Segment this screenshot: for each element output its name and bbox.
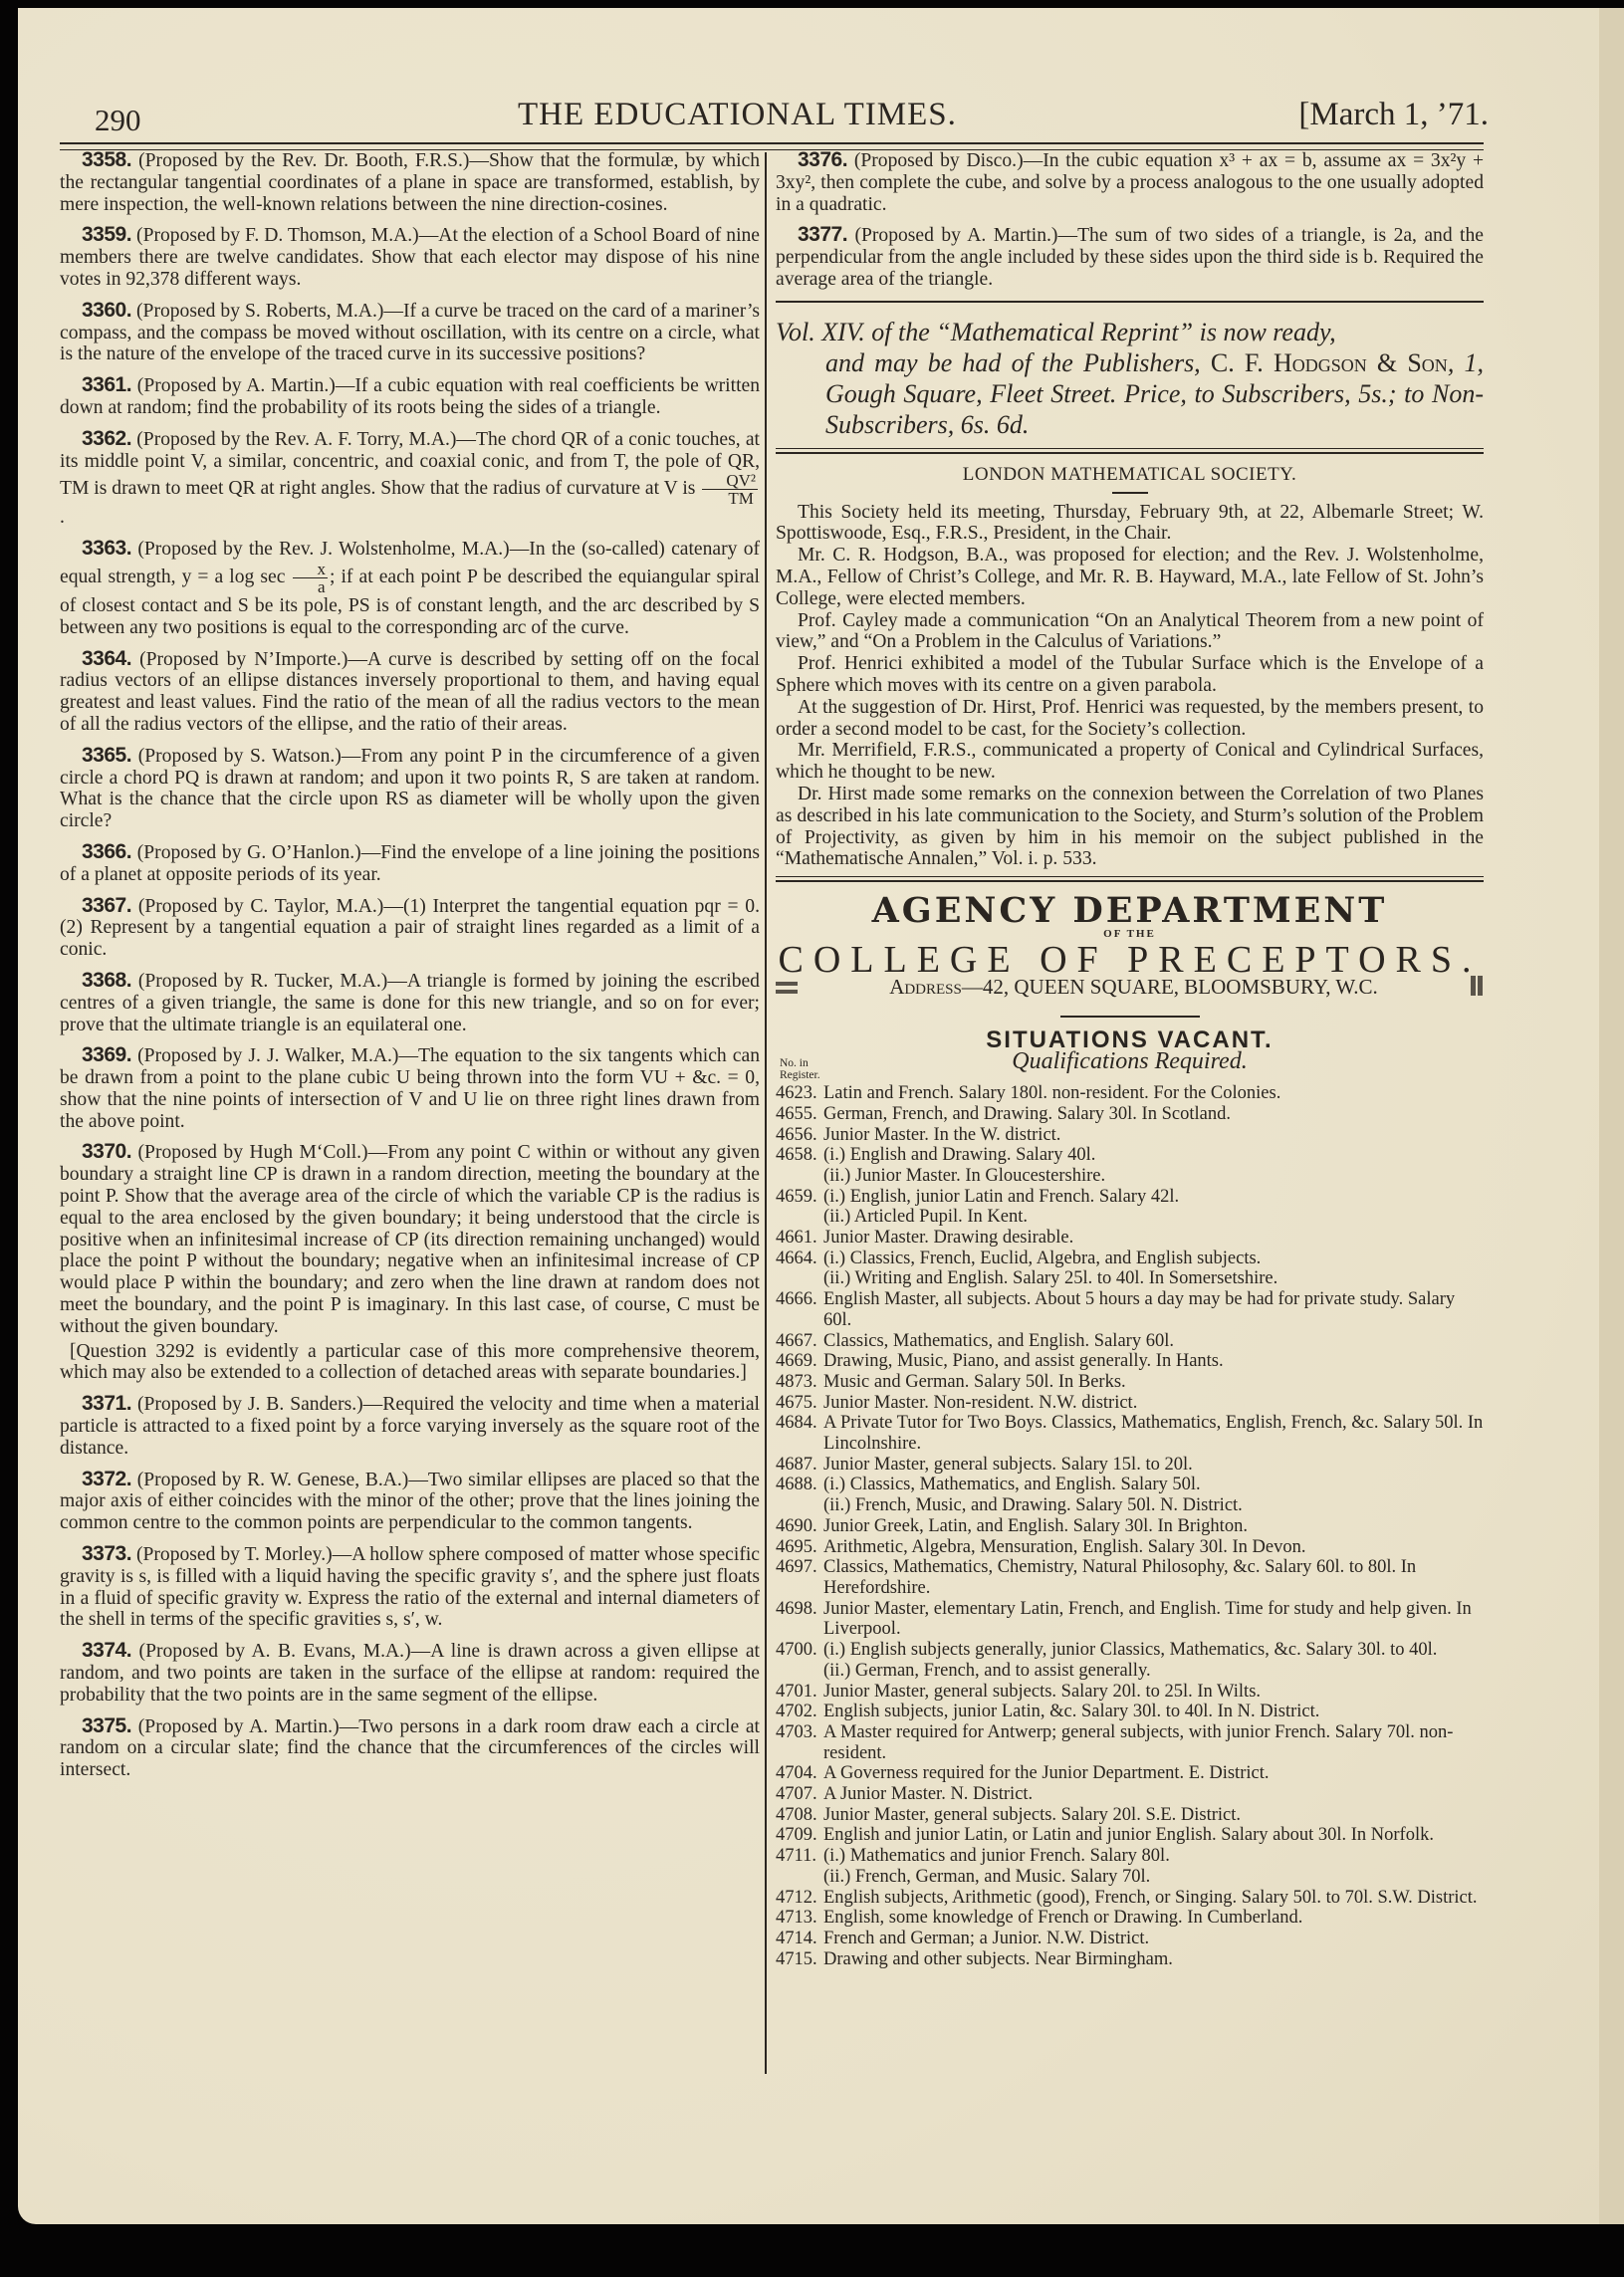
ornament-icon: [776, 978, 798, 998]
situations-list: 4623.Latin and French. Salary 180l. non-…: [776, 1083, 1484, 1969]
situation-entry: 4675.Junior Master. Non-resident. N.W. d…: [776, 1393, 1484, 1414]
question-number: 3376.: [798, 148, 847, 171]
situation-entry: 4695.Arithmetic, Algebra, Mensuration, E…: [776, 1537, 1484, 1558]
question-number: 3373.: [82, 1542, 131, 1565]
situation-entry: (ii.) French, German, and Music. Salary …: [776, 1867, 1484, 1888]
register-number: 4708.: [776, 1805, 823, 1826]
situation-description: German, French, and Drawing. Salary 30l.…: [823, 1104, 1484, 1125]
register-number: [776, 1867, 823, 1888]
question-item: 3372. (Proposed by R. W. Genese, B.A.)—T…: [60, 1469, 760, 1534]
situation-description: Junior Master. In the W. district.: [823, 1125, 1484, 1146]
lms-paragraph: Mr. Merrifield, F.R.S., communicated a p…: [776, 740, 1484, 784]
question-number: 3367.: [82, 894, 131, 917]
question-proposer: (Proposed by S. Watson.): [138, 746, 342, 767]
register-number: 4707.: [776, 1784, 823, 1805]
question-number: 3359.: [82, 223, 131, 246]
question-proposer: (Proposed by R. W. Genese, B.A.): [137, 1470, 409, 1490]
register-number: 4661.: [776, 1228, 823, 1249]
publication-title: THE EDUCATIONAL TIMES.: [518, 97, 957, 133]
question-number: 3375.: [82, 1714, 131, 1737]
situation-description: Junior Master, general subjects. Salary …: [823, 1682, 1484, 1703]
question-number: 3362.: [82, 427, 131, 450]
question-item: 3377. (Proposed by A. Martin.)—The sum o…: [776, 224, 1484, 290]
question-number: 3365.: [82, 744, 131, 767]
situation-entry: 4688.(i.) Classics, Mathematics, and Eng…: [776, 1475, 1484, 1495]
question-item: 3361. (Proposed by A. Martin.)—If a cubi…: [60, 374, 760, 419]
register-number: 4675.: [776, 1393, 823, 1414]
register-number: [776, 1207, 823, 1228]
question-proposer: (Proposed by J. J. Walker, M.A.): [137, 1045, 398, 1066]
college-name: COLLEGE OF PRECEPTORS.: [776, 950, 1484, 972]
register-number: 4623.: [776, 1083, 823, 1104]
situation-description: (ii.) Writing and English. Salary 25l. t…: [823, 1268, 1484, 1289]
reprint-advert: Vol. XIV. of the “Mathematical Reprint” …: [776, 317, 1484, 440]
register-number: 4712.: [776, 1888, 823, 1909]
situation-entry: 4666.English Master, all subjects. About…: [776, 1289, 1484, 1330]
situation-description: (ii.) French, Music, and Drawing. Salary…: [823, 1495, 1484, 1516]
page-header: 290 THE EDUCATIONAL TIMES. [March 1, ’71…: [95, 95, 1489, 139]
register-number: 4666.: [776, 1289, 823, 1330]
question-item: 3369. (Proposed by J. J. Walker, M.A.)—T…: [60, 1044, 760, 1132]
question-proposer: (Proposed by J. B. Sanders.): [137, 1394, 363, 1415]
situation-description: English, some knowledge of French or Dra…: [823, 1908, 1484, 1929]
situation-entry: (ii.) Junior Master. In Gloucestershire.: [776, 1166, 1484, 1187]
register-number: 4709.: [776, 1825, 823, 1846]
question-number: 3372.: [82, 1468, 131, 1490]
situation-description: A Governess required for the Junior Depa…: [823, 1763, 1484, 1784]
situation-description: (i.) English subjects generally, junior …: [823, 1640, 1484, 1661]
situation-description: A Master required for Antwerp; general s…: [823, 1722, 1484, 1763]
register-number: 4697.: [776, 1557, 823, 1598]
page-number: 290: [95, 103, 141, 138]
register-number: [776, 1166, 823, 1187]
register-number: 4664.: [776, 1249, 823, 1269]
situation-description: (i.) English and Drawing. Salary 40l.: [823, 1145, 1484, 1166]
situation-description: Classics, Mathematics, Chemistry, Natura…: [823, 1557, 1484, 1598]
lms-paragraph: At the suggestion of Dr. Hirst, Prof. He…: [776, 697, 1484, 741]
register-number: 4684.: [776, 1413, 823, 1454]
situation-description: Drawing and other subjects. Near Birming…: [823, 1949, 1484, 1970]
question-item: 3371. (Proposed by J. B. Sanders.)—Requi…: [60, 1393, 760, 1459]
page-edge-strip: [1599, 8, 1624, 2224]
question-number: 3370.: [82, 1140, 131, 1163]
question-item: 3358. (Proposed by the Rev. Dr. Booth, F…: [60, 149, 760, 215]
situation-description: (ii.) Junior Master. In Gloucestershire.: [823, 1166, 1484, 1187]
header-rule: [60, 142, 1484, 144]
register-number: 4702.: [776, 1702, 823, 1722]
situation-description: Drawing, Music, Piano, and assist genera…: [823, 1351, 1484, 1372]
situation-description: English subjects, Arithmetic (good), Fre…: [823, 1888, 1484, 1909]
situation-description: French and German; a Junior. N.W. Distri…: [823, 1929, 1484, 1949]
register-number: 4695.: [776, 1537, 823, 1558]
question-number: 3364.: [82, 647, 131, 670]
situation-description: (i.) Classics, French, Euclid, Algebra, …: [823, 1249, 1484, 1269]
advert-body: and may be had of the Publishers, C. F. …: [776, 347, 1484, 440]
situation-entry: 4714.French and German; a Junior. N.W. D…: [776, 1929, 1484, 1949]
situation-entry: 4709.English and junior Latin, or Latin …: [776, 1825, 1484, 1846]
fraction: xa: [293, 561, 328, 595]
situation-description: Classics, Mathematics, and English. Sala…: [823, 1331, 1484, 1352]
register-number: 4659.: [776, 1187, 823, 1208]
situation-description: Arithmetic, Algebra, Mensuration, Englis…: [823, 1537, 1484, 1558]
question-number: 3358.: [82, 148, 131, 171]
question-proposer: (Proposed by Disco.): [854, 150, 1024, 171]
lms-heading: LONDON MATHEMATICAL SOCIETY.: [776, 464, 1484, 486]
question-proposer: (Proposed by Hugh M‘Coll.): [138, 1142, 368, 1163]
situation-entry: 4704.A Governess required for the Junior…: [776, 1763, 1484, 1784]
question-proposer: (Proposed by the Rev. A. F. Torry, M.A.): [136, 429, 456, 450]
question-number: 3369.: [82, 1043, 131, 1066]
register-number: 4658.: [776, 1145, 823, 1166]
situation-entry: 4712.English subjects, Arithmetic (good)…: [776, 1888, 1484, 1909]
agency-heading: AGENCY DEPARTMENT: [776, 900, 1484, 922]
question-proposer: (Proposed by G. O’Hanlon.): [137, 842, 361, 863]
editor-note: [Question 3292 is evidently a particular…: [60, 1341, 760, 1385]
situation-entry: 4690.Junior Greek, Latin, and English. S…: [776, 1516, 1484, 1537]
question-proposer: (Proposed by T. Morley.): [136, 1544, 333, 1565]
situation-description: English and junior Latin, or Latin and j…: [823, 1825, 1484, 1846]
agency-department: AGENCY DEPARTMENT OF THE COLLEGE OF PREC…: [776, 900, 1484, 1081]
situation-entry: 4873.Music and German. Salary 50l. In Be…: [776, 1372, 1484, 1393]
situation-entry: 4707.A Junior Master. N. District.: [776, 1784, 1484, 1805]
situation-description: English subjects, junior Latin, &c. Sala…: [823, 1702, 1484, 1722]
address-text: Address—42, QUEEN SQUARE, BLOOMSBURY, W.…: [889, 977, 1378, 999]
register-number: 4701.: [776, 1682, 823, 1703]
question-number: 3360.: [82, 299, 131, 322]
question-proposer: (Proposed by the Rev. Dr. Booth, F.R.S.): [138, 150, 469, 171]
register-number: 4873.: [776, 1372, 823, 1393]
question-item: 3365. (Proposed by S. Watson.)—From any …: [60, 745, 760, 832]
lms-paragraph: Prof. Cayley made a communication “On an…: [776, 610, 1484, 654]
fraction: QV²TM: [702, 472, 758, 507]
situation-entry: 4664.(i.) Classics, French, Euclid, Alge…: [776, 1249, 1484, 1269]
situation-entry: 4659.(i.) English, junior Latin and Fren…: [776, 1187, 1484, 1208]
register-number: [776, 1495, 823, 1516]
register-number: 4667.: [776, 1331, 823, 1352]
situation-entry: 4715.Drawing and other subjects. Near Bi…: [776, 1949, 1484, 1970]
question-item: 3370. (Proposed by Hugh M‘Coll.)—From an…: [60, 1141, 760, 1337]
section-rule: [776, 301, 1484, 303]
situation-entry: (ii.) French, Music, and Drawing. Salary…: [776, 1495, 1484, 1516]
register-number: 4687.: [776, 1455, 823, 1476]
register-number: 4656.: [776, 1125, 823, 1146]
question-item: 3362. (Proposed by the Rev. A. F. Torry,…: [60, 428, 760, 529]
situation-description: English Master, all subjects. About 5 ho…: [823, 1289, 1484, 1330]
question-proposer: (Proposed by C. Taylor, M.A.): [138, 896, 384, 917]
situation-entry: 4697.Classics, Mathematics, Chemistry, N…: [776, 1557, 1484, 1598]
question-item: 3368. (Proposed by R. Tucker, M.A.)—A tr…: [60, 970, 760, 1035]
question-item: 3374. (Proposed by A. B. Evans, M.A.)—A …: [60, 1640, 760, 1706]
situation-entry: 4623.Latin and French. Salary 180l. non-…: [776, 1083, 1484, 1104]
register-number: 4690.: [776, 1516, 823, 1537]
situation-entry: 4658.(i.) English and Drawing. Salary 40…: [776, 1145, 1484, 1166]
question-number: 3368.: [82, 969, 131, 992]
short-rule: [1112, 492, 1148, 494]
section-double-rule: [776, 876, 1484, 882]
question-proposer: (Proposed by S. Roberts, M.A.): [136, 301, 383, 322]
fraction-denominator: TM: [702, 490, 758, 507]
question-number: 3363.: [82, 537, 131, 560]
situation-entry: 4713.English, some knowledge of French o…: [776, 1908, 1484, 1929]
register-number: 4704.: [776, 1763, 823, 1784]
fraction-denominator: a: [293, 578, 328, 595]
register-number: 4698.: [776, 1599, 823, 1640]
question-proposer: (Proposed by A. B. Evans, M.A.): [139, 1641, 411, 1662]
register-number: 4714.: [776, 1929, 823, 1949]
situation-description: A Junior Master. N. District.: [823, 1784, 1484, 1805]
situation-entry: 4708.Junior Master, general subjects. Sa…: [776, 1805, 1484, 1826]
lms-paragraph: Dr. Hirst made some remarks on the conne…: [776, 784, 1484, 870]
situation-description: Junior Master, general subjects. Salary …: [823, 1455, 1484, 1476]
column-divider: [765, 152, 767, 2074]
situation-description: (ii.) French, German, and Music. Salary …: [823, 1867, 1484, 1888]
situation-entry: 4667.Classics, Mathematics, and English.…: [776, 1331, 1484, 1352]
question-item: 3373. (Proposed by T. Morley.)—A hollow …: [60, 1543, 760, 1631]
situation-description: (i.) English, junior Latin and French. S…: [823, 1187, 1484, 1208]
situation-description: Junior Master. Non-resident. N.W. distri…: [823, 1393, 1484, 1414]
register-number: 4711.: [776, 1846, 823, 1867]
question-proposer: (Proposed by F. D. Thomson, M.A.): [136, 225, 419, 246]
register-number: 4688.: [776, 1475, 823, 1495]
lms-paragraph: Mr. C. R. Hodgson, B.A., was proposed fo…: [776, 545, 1484, 609]
situation-description: Junior Master. Drawing desirable.: [823, 1228, 1484, 1249]
situation-description: Music and German. Salary 50l. In Berks.: [823, 1372, 1484, 1393]
question-text-tail: .: [60, 507, 65, 528]
fraction-numerator: x: [293, 561, 328, 578]
question-proposer: (Proposed by A. Martin.): [138, 1716, 340, 1737]
right-column: 3376. (Proposed by Disco.)—In the cubic …: [776, 149, 1484, 1969]
question-item: 3366. (Proposed by G. O’Hanlon.)—Find th…: [60, 841, 760, 886]
situation-description: (ii.) Articled Pupil. In Kent.: [823, 1207, 1484, 1228]
list-header: No. in Register. Qualifications Required…: [776, 1051, 1484, 1081]
register-number: 4715.: [776, 1949, 823, 1970]
situation-entry: 4700.(i.) English subjects generally, ju…: [776, 1640, 1484, 1661]
situation-entry: 4701.Junior Master, general subjects. Sa…: [776, 1682, 1484, 1703]
situation-entry: (ii.) Articled Pupil. In Kent.: [776, 1207, 1484, 1228]
question-item: 3363. (Proposed by the Rev. J. Wolstenho…: [60, 538, 760, 638]
question-number: 3377.: [798, 223, 847, 246]
question-item: 3376. (Proposed by Disco.)—In the cubic …: [776, 149, 1484, 215]
lms-paragraph: Prof. Henrici exhibited a model of the T…: [776, 653, 1484, 697]
situation-entry: 4687.Junior Master, general subjects. Sa…: [776, 1455, 1484, 1476]
situation-entry: 4684.A Private Tutor for Two Boys. Class…: [776, 1413, 1484, 1454]
situation-entry: 4655.German, French, and Drawing. Salary…: [776, 1104, 1484, 1125]
question-number: 3371.: [82, 1392, 131, 1415]
situation-description: Junior Master, general subjects. Salary …: [823, 1805, 1484, 1826]
situation-description: Junior Greek, Latin, and English. Salary…: [823, 1516, 1484, 1537]
situation-entry: 4698.Junior Master, elementary Latin, Fr…: [776, 1599, 1484, 1640]
register-number: [776, 1661, 823, 1682]
situation-description: A Private Tutor for Two Boys. Classics, …: [823, 1413, 1484, 1454]
situation-entry: 4661.Junior Master. Drawing desirable.: [776, 1228, 1484, 1249]
advert-line-1: Vol. XIV. of the “Mathematical Reprint” …: [776, 318, 1336, 346]
left-column: 3358. (Proposed by the Rev. Dr. Booth, F…: [60, 149, 760, 1790]
situation-description: (i.) Mathematics and junior French. Sala…: [823, 1846, 1484, 1867]
register-number: [776, 1268, 823, 1289]
question-proposer: (Proposed by A. Martin.): [854, 225, 1057, 246]
question-number: 3361.: [82, 373, 131, 396]
register-number: 4713.: [776, 1908, 823, 1929]
short-rule: [1060, 1016, 1200, 1018]
question-proposer: (Proposed by the Rev. J. Wolstenholme, M…: [137, 539, 509, 560]
question-number: 3366.: [82, 840, 131, 863]
situation-entry: (ii.) German, French, and to assist gene…: [776, 1661, 1484, 1682]
qualifications-column-label: Qualifications Required.: [776, 1051, 1484, 1073]
register-number: 4703.: [776, 1722, 823, 1763]
section-double-rule: [776, 448, 1484, 454]
fraction-numerator: QV²: [702, 472, 758, 490]
register-number: 4669.: [776, 1351, 823, 1372]
publisher-name: C. F. Hodgson & Son: [1211, 348, 1448, 377]
question-item: 3367. (Proposed by C. Taylor, M.A.)—(1) …: [60, 895, 760, 961]
question-item: 3360. (Proposed by S. Roberts, M.A.)—If …: [60, 300, 760, 365]
lms-report: This Society held its meeting, Thursday,…: [776, 502, 1484, 871]
register-number: 4700.: [776, 1640, 823, 1661]
situation-entry: 4669.Drawing, Music, Piano, and assist g…: [776, 1351, 1484, 1372]
ornament-icon: [1470, 976, 1484, 1001]
question-proposer: (Proposed by N’Importe.): [139, 649, 348, 670]
situation-description: (i.) Classics, Mathematics, and English.…: [823, 1475, 1484, 1495]
issue-date: [March 1, ’71.: [1298, 97, 1489, 133]
situation-description: Junior Master, elementary Latin, French,…: [823, 1599, 1484, 1640]
question-text: —From any point C within or without any …: [60, 1142, 760, 1336]
question-item: 3359. (Proposed by F. D. Thomson, M.A.)—…: [60, 224, 760, 290]
situation-entry: 4703.A Master required for Antwerp; gene…: [776, 1722, 1484, 1763]
question-item: 3364. (Proposed by N’Importe.)—A curve i…: [60, 648, 760, 736]
register-number: 4655.: [776, 1104, 823, 1125]
situation-description: (ii.) German, French, and to assist gene…: [823, 1661, 1484, 1682]
situation-description: Latin and French. Salary 180l. non-resid…: [823, 1083, 1484, 1104]
situation-entry: (ii.) Writing and English. Salary 25l. t…: [776, 1268, 1484, 1289]
question-item: 3375. (Proposed by A. Martin.)—Two perso…: [60, 1715, 760, 1781]
question-proposer: (Proposed by R. Tucker, M.A.): [138, 971, 387, 992]
question-number: 3374.: [82, 1639, 131, 1662]
lms-paragraph: This Society held its meeting, Thursday,…: [776, 502, 1484, 546]
situation-entry: 4702.English subjects, junior Latin, &c.…: [776, 1702, 1484, 1722]
question-proposer: (Proposed by A. Martin.): [137, 375, 336, 396]
situation-entry: 4711.(i.) Mathematics and junior French.…: [776, 1846, 1484, 1867]
situation-entry: 4656.Junior Master. In the W. district.: [776, 1125, 1484, 1146]
